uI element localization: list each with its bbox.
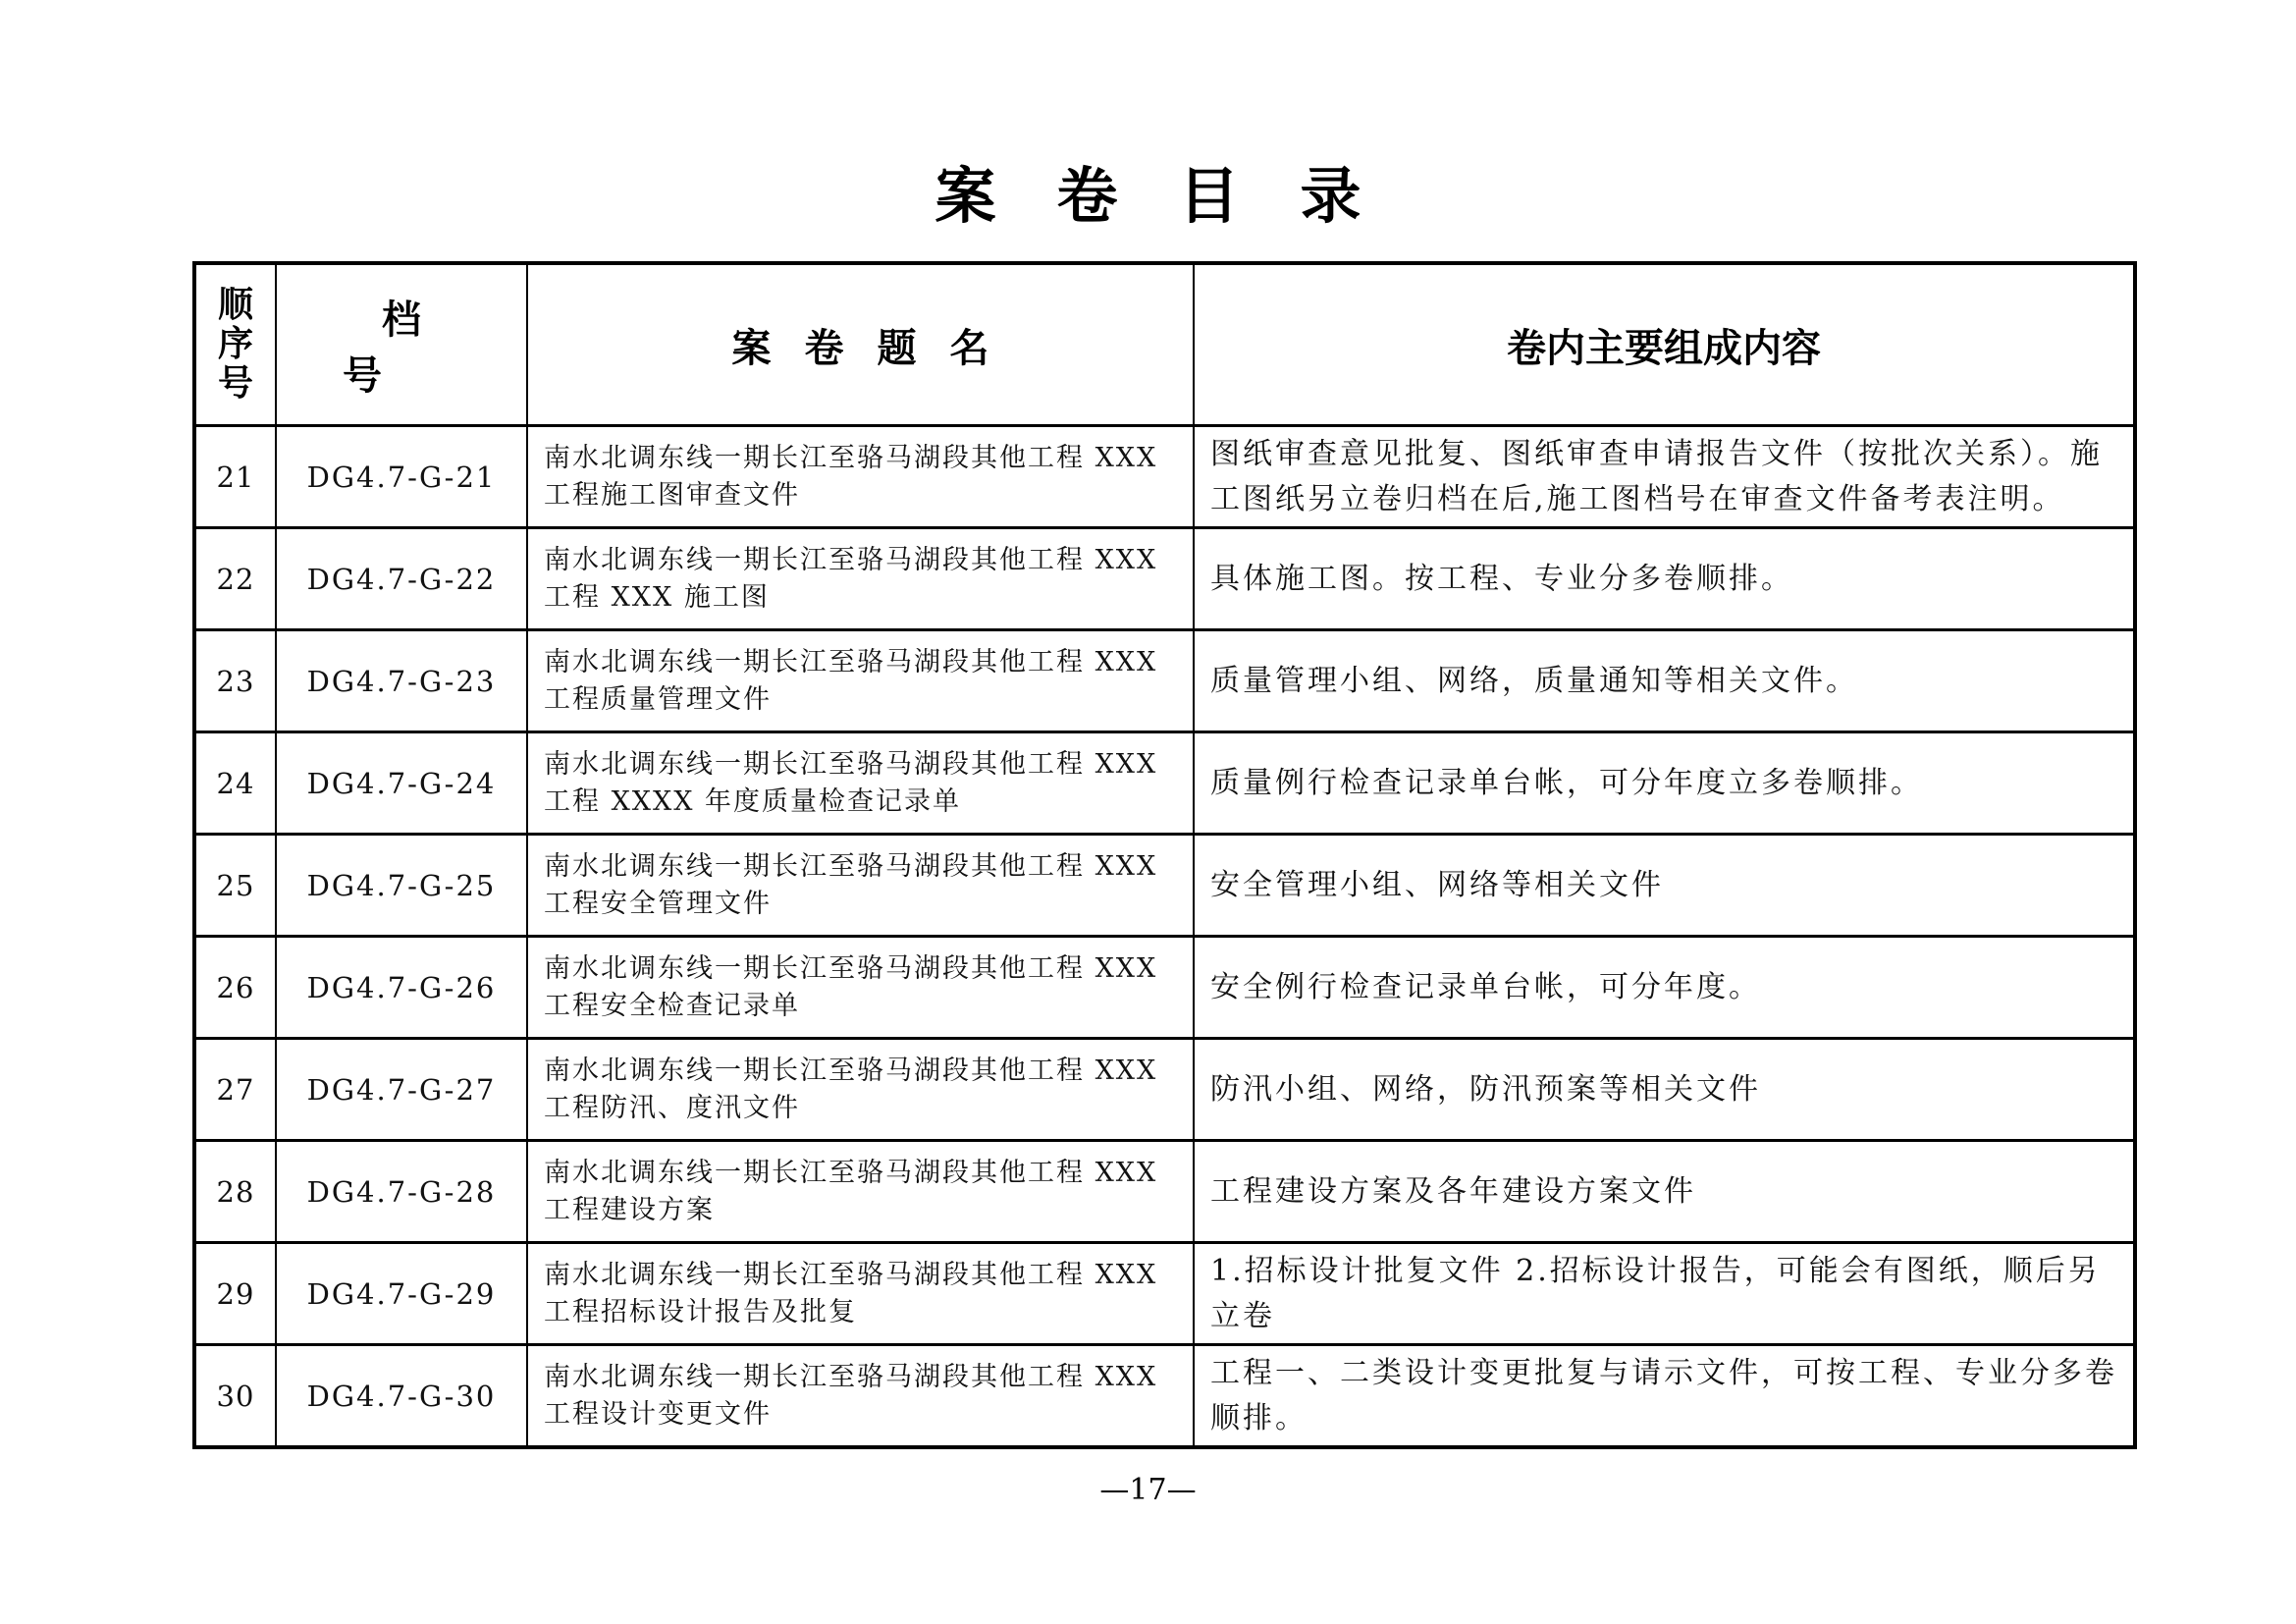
row-title: 南水北调东线一期长江至骆马湖段其他工程 XXX 工程建设方案 bbox=[527, 1141, 1194, 1243]
page-title: 案卷目录 bbox=[0, 157, 2296, 236]
row-seq: 22 bbox=[194, 528, 276, 630]
row-title: 南水北调东线一期长江至骆马湖段其他工程 XXX 工程防汛、度汛文件 bbox=[527, 1039, 1194, 1141]
catalog-table: 顺 序 号 档号 案卷题名 卷内主要组成内容 21 DG4.7-G-21 南水北… bbox=[192, 261, 2137, 1449]
row-contents: 质量例行检查记录单台帐，可分年度立多卷顺排。 bbox=[1194, 732, 2135, 835]
row-contents: 工程一、二类设计变更批复与请示文件，可按工程、专业分多卷顺排。 bbox=[1194, 1345, 2135, 1448]
row-code: DG4.7-G-21 bbox=[276, 426, 527, 528]
header-volume-title: 案卷题名 bbox=[527, 263, 1194, 426]
row-contents: 图纸审查意见批复、图纸审查申请报告文件（按批次关系）。施工图纸另立卷归档在后,施… bbox=[1194, 426, 2135, 528]
row-code: DG4.7-G-30 bbox=[276, 1345, 527, 1448]
header-seq: 顺 序 号 bbox=[194, 263, 276, 426]
row-seq: 23 bbox=[194, 630, 276, 732]
row-seq: 29 bbox=[194, 1243, 276, 1345]
row-code: DG4.7-G-24 bbox=[276, 732, 527, 835]
table-row: 27 DG4.7-G-27 南水北调东线一期长江至骆马湖段其他工程 XXX 工程… bbox=[194, 1039, 2135, 1141]
row-title: 南水北调东线一期长江至骆马湖段其他工程 XXX 工程设计变更文件 bbox=[527, 1345, 1194, 1448]
header-code: 档号 bbox=[276, 263, 527, 426]
table-row: 24 DG4.7-G-24 南水北调东线一期长江至骆马湖段其他工程 XXX 工程… bbox=[194, 732, 2135, 835]
table-row: 29 DG4.7-G-29 南水北调东线一期长江至骆马湖段其他工程 XXX 工程… bbox=[194, 1243, 2135, 1345]
row-code: DG4.7-G-29 bbox=[276, 1243, 527, 1345]
row-seq: 25 bbox=[194, 835, 276, 937]
row-contents: 安全管理小组、网络等相关文件 bbox=[1194, 835, 2135, 937]
row-code: DG4.7-G-28 bbox=[276, 1141, 527, 1243]
table-row: 25 DG4.7-G-25 南水北调东线一期长江至骆马湖段其他工程 XXX 工程… bbox=[194, 835, 2135, 937]
row-code: DG4.7-G-27 bbox=[276, 1039, 527, 1141]
row-seq: 24 bbox=[194, 732, 276, 835]
row-seq: 26 bbox=[194, 937, 276, 1039]
row-code: DG4.7-G-25 bbox=[276, 835, 527, 937]
row-seq: 27 bbox=[194, 1039, 276, 1141]
header-row: 顺 序 号 档号 案卷题名 卷内主要组成内容 bbox=[194, 263, 2135, 426]
table-row: 30 DG4.7-G-30 南水北调东线一期长江至骆马湖段其他工程 XXX 工程… bbox=[194, 1345, 2135, 1448]
table-row: 28 DG4.7-G-28 南水北调东线一期长江至骆马湖段其他工程 XXX 工程… bbox=[194, 1141, 2135, 1243]
header-contents: 卷内主要组成内容 bbox=[1194, 263, 2135, 426]
row-contents: 质量管理小组、网络，质量通知等相关文件。 bbox=[1194, 630, 2135, 732]
row-contents: 防汛小组、网络，防汛预案等相关文件 bbox=[1194, 1039, 2135, 1141]
table-row: 21 DG4.7-G-21 南水北调东线一期长江至骆马湖段其他工程 XXX 工程… bbox=[194, 426, 2135, 528]
row-title: 南水北调东线一期长江至骆马湖段其他工程 XXX 工程 XXX 施工图 bbox=[527, 528, 1194, 630]
row-contents: 具体施工图。按工程、专业分多卷顺排。 bbox=[1194, 528, 2135, 630]
table-row: 23 DG4.7-G-23 南水北调东线一期长江至骆马湖段其他工程 XXX 工程… bbox=[194, 630, 2135, 732]
row-title: 南水北调东线一期长江至骆马湖段其他工程 XXX 工程 XXXX 年度质量检查记录… bbox=[527, 732, 1194, 835]
row-title: 南水北调东线一期长江至骆马湖段其他工程 XXX 工程招标设计报告及批复 bbox=[527, 1243, 1194, 1345]
row-title: 南水北调东线一期长江至骆马湖段其他工程 XXX 工程安全检查记录单 bbox=[527, 937, 1194, 1039]
row-seq: 21 bbox=[194, 426, 276, 528]
row-seq: 30 bbox=[194, 1345, 276, 1448]
row-contents: 工程建设方案及各年建设方案文件 bbox=[1194, 1141, 2135, 1243]
row-title: 南水北调东线一期长江至骆马湖段其他工程 XXX 工程施工图审查文件 bbox=[527, 426, 1194, 528]
row-seq: 28 bbox=[194, 1141, 276, 1243]
row-title: 南水北调东线一期长江至骆马湖段其他工程 XXX 工程质量管理文件 bbox=[527, 630, 1194, 732]
row-title: 南水北调东线一期长江至骆马湖段其他工程 XXX 工程安全管理文件 bbox=[527, 835, 1194, 937]
row-code: DG4.7-G-26 bbox=[276, 937, 527, 1039]
row-code: DG4.7-G-23 bbox=[276, 630, 527, 732]
table-row: 22 DG4.7-G-22 南水北调东线一期长江至骆马湖段其他工程 XXX 工程… bbox=[194, 528, 2135, 630]
row-contents: 安全例行检查记录单台帐，可分年度。 bbox=[1194, 937, 2135, 1039]
table-row: 26 DG4.7-G-26 南水北调东线一期长江至骆马湖段其他工程 XXX 工程… bbox=[194, 937, 2135, 1039]
page-number: —17— bbox=[0, 1473, 2296, 1507]
row-code: DG4.7-G-22 bbox=[276, 528, 527, 630]
row-contents: 1.招标设计批复文件 2.招标设计报告，可能会有图纸，顺后另立卷 bbox=[1194, 1243, 2135, 1345]
